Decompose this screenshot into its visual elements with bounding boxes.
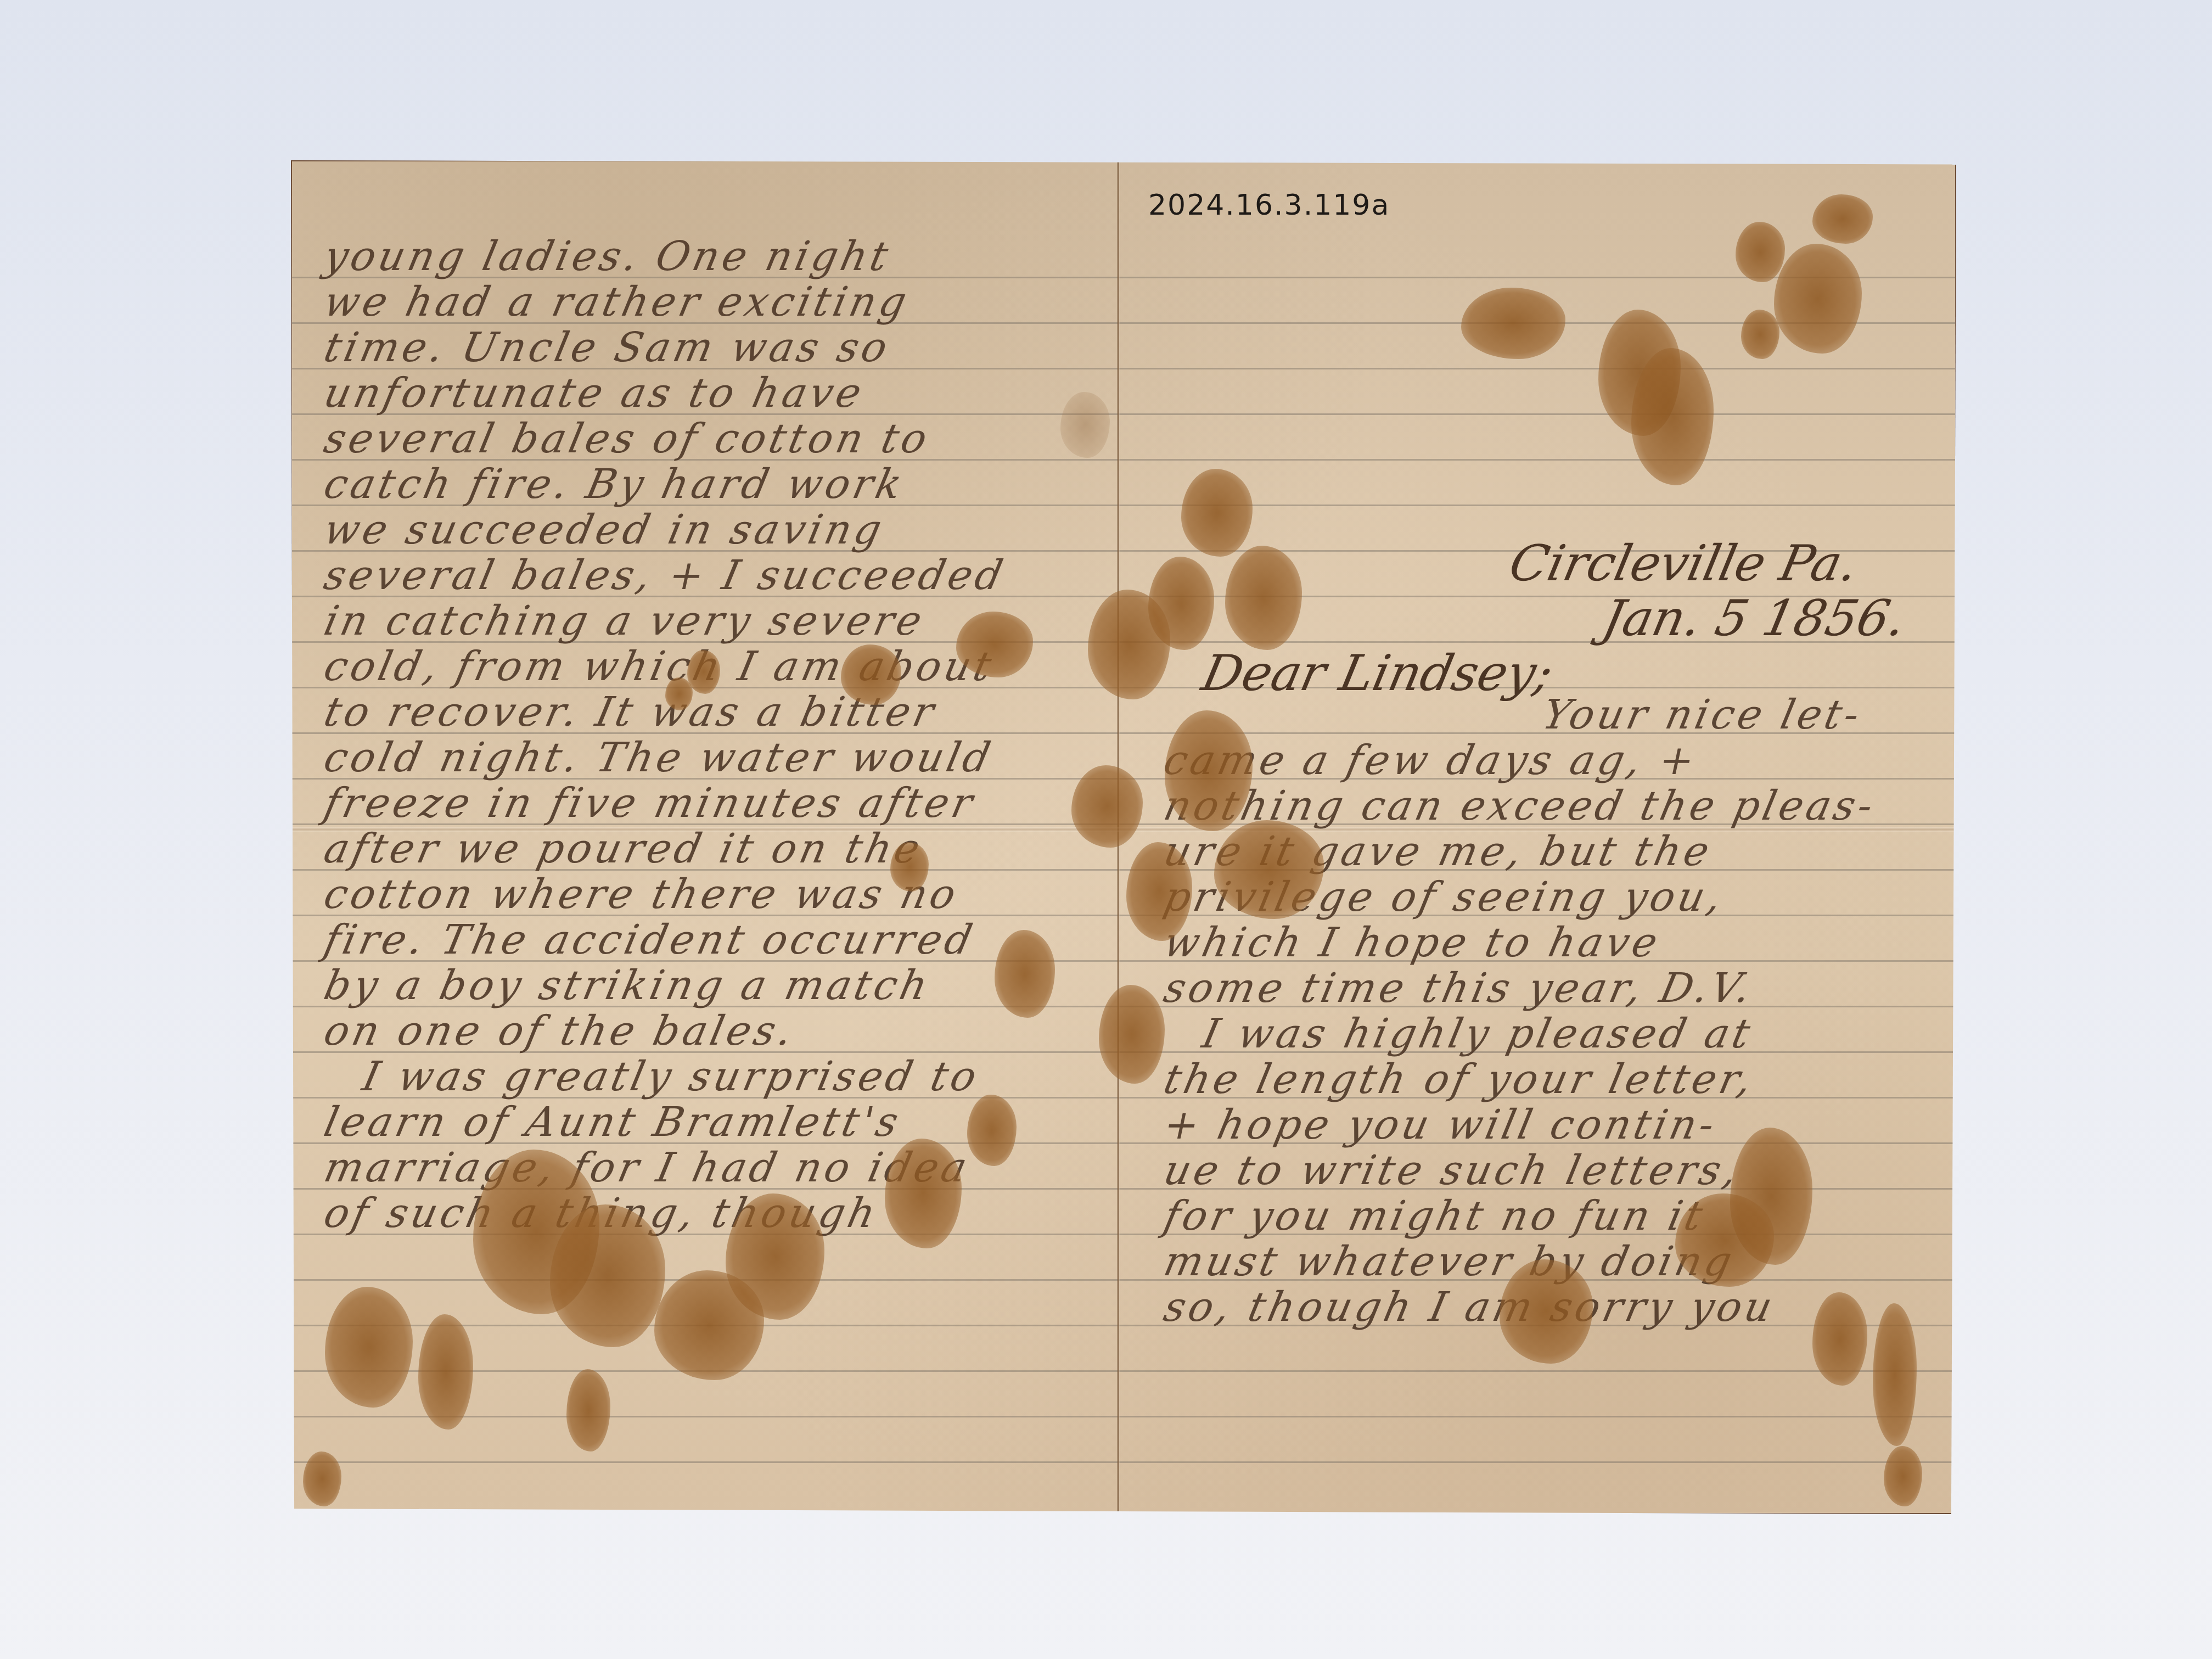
stain [1884, 1446, 1922, 1506]
left-line: cold night. The water would [320, 734, 998, 781]
stain [687, 650, 720, 694]
stain [654, 1270, 764, 1380]
letter-place: Circleville Pa. [1504, 535, 1863, 592]
stain [325, 1287, 413, 1408]
stain [566, 1369, 610, 1451]
right-line: must whatever by doing [1160, 1238, 1739, 1285]
stain [1631, 348, 1714, 485]
stain [995, 930, 1055, 1018]
stain [1500, 1259, 1593, 1364]
left-line: I was greatly surprised to [358, 1053, 984, 1100]
stain [418, 1314, 473, 1430]
right-line: some time this year, D.V. [1160, 965, 1758, 1012]
left-line: to recover. It was a bitter [320, 688, 941, 736]
left-line: marriage, for I had no idea [320, 1144, 974, 1191]
stain [1675, 1193, 1774, 1287]
left-line: after we poured it on the [320, 825, 927, 872]
stain [1774, 244, 1862, 354]
letter-sheet: 2024.16.3.119a Circleville Pa. Jan. 5 18… [291, 160, 1956, 1514]
left-line: several bales, + I succeeded [320, 552, 1010, 599]
left-line: we succeeded in saving [320, 506, 889, 553]
ruled-line [292, 1461, 1955, 1463]
stain [841, 644, 901, 705]
right-line: Your nice let- [1539, 691, 1867, 738]
left-line: in catching a very severe [320, 597, 929, 644]
left-line: on one of the bales. [320, 1007, 800, 1055]
stain [956, 612, 1033, 677]
right-line: + hope you will contin- [1160, 1101, 1722, 1148]
stain [1088, 590, 1170, 699]
right-line: ue to write such letters, [1160, 1147, 1745, 1194]
stain [1214, 820, 1324, 919]
ruled-line [292, 1416, 1955, 1417]
stain [885, 1139, 962, 1248]
left-line: by a boy striking a match [320, 962, 935, 1009]
accession-number: 2024.16.3.119a [1148, 189, 1390, 222]
stain [303, 1451, 341, 1506]
left-line: fire. The accident occurred [320, 916, 980, 963]
right-line: which I hope to have [1160, 919, 1665, 966]
stain [1741, 310, 1779, 359]
stain [1225, 546, 1302, 650]
left-line: cotton where there was no [320, 871, 963, 918]
stain [967, 1095, 1017, 1166]
stain [1099, 985, 1165, 1084]
stain [1126, 842, 1192, 941]
stain [890, 842, 929, 892]
stain [1812, 194, 1873, 244]
stain [665, 677, 693, 710]
stain [1461, 288, 1565, 359]
stain [1071, 765, 1143, 848]
stain [1060, 392, 1110, 458]
letter-salutation: Dear Lindsey; [1197, 644, 1558, 702]
left-line: freeze in five minutes after [320, 780, 980, 827]
stain [1873, 1303, 1917, 1446]
stain [1181, 469, 1253, 557]
left-line: young ladies. One night [320, 233, 895, 280]
ruled-line [292, 1370, 1955, 1372]
left-line: catch fire. By hard work [320, 461, 909, 508]
left-line: unfortunate as to have [320, 369, 869, 417]
stain [1165, 710, 1253, 831]
stain [550, 1204, 665, 1347]
right-line: I was highly pleased at [1198, 1010, 1758, 1057]
stain [1736, 222, 1785, 282]
stain [1812, 1292, 1867, 1386]
right-line: so, though I am sorry you [1160, 1284, 1779, 1331]
right-line: the length of your letter, [1160, 1056, 1759, 1103]
left-line: time. Uncle Sam was so [320, 324, 895, 371]
letter-date: Jan. 5 1856. [1598, 590, 1911, 647]
left-line: learn of Aunt Bramlett's [320, 1098, 906, 1146]
right-line: for you might no fun it [1160, 1192, 1710, 1240]
left-line: several bales of cotton to [320, 415, 935, 462]
left-line: we had a rather exciting [320, 278, 914, 326]
